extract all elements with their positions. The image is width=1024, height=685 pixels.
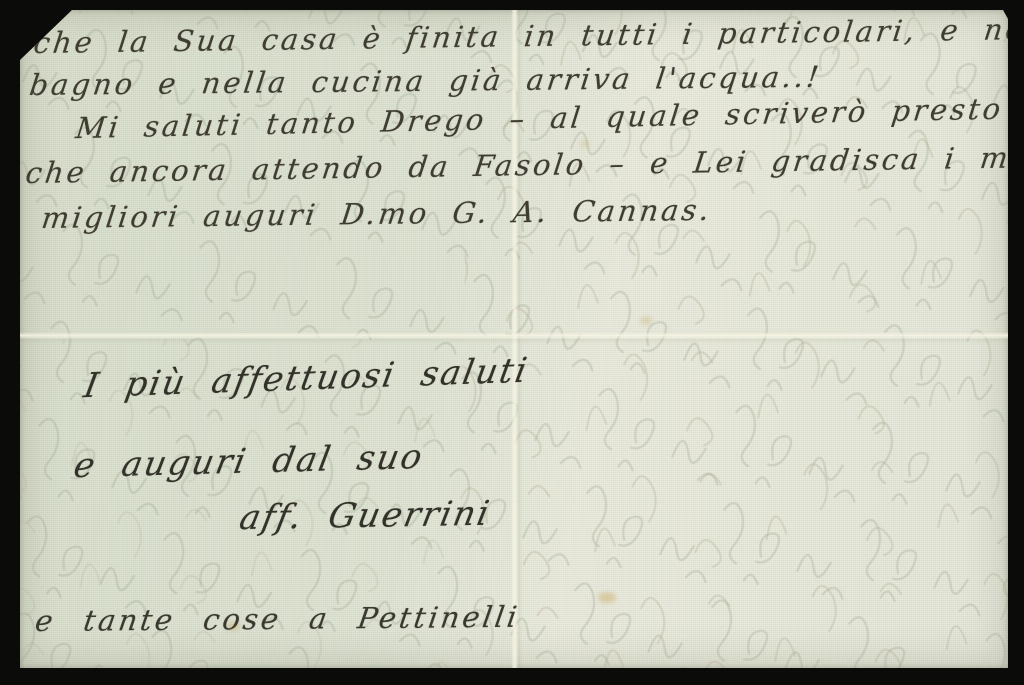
scan-backdrop: che la Sua casa è finita in tutti i part… — [0, 0, 1024, 685]
closing-line-2: e auguri dal suo — [71, 437, 428, 486]
postscript-line: e tante cose a Pettinelli — [33, 600, 522, 638]
handwriting-line-1: che la Sua casa è finita in tutti i part… — [32, 12, 1024, 60]
letter-page: che la Sua casa è finita in tutti i part… — [20, 10, 1008, 668]
handwriting-line-5-signature-cannas: migliori auguri D.mo G. A. Cannas. — [40, 193, 714, 235]
handwriting-line-2: bagno e nella cucina già arriva l'acqua.… — [28, 60, 824, 102]
closing-line-1: I più affettuosi saluti — [81, 351, 532, 407]
handwriting-layer: che la Sua casa è finita in tutti i part… — [20, 10, 1008, 668]
handwriting-line-4: che ancora attendo da Fasolo – e Lei gra… — [24, 140, 1024, 190]
closing-line-3-signature-guerrini: aff. Guerrini — [236, 494, 494, 539]
